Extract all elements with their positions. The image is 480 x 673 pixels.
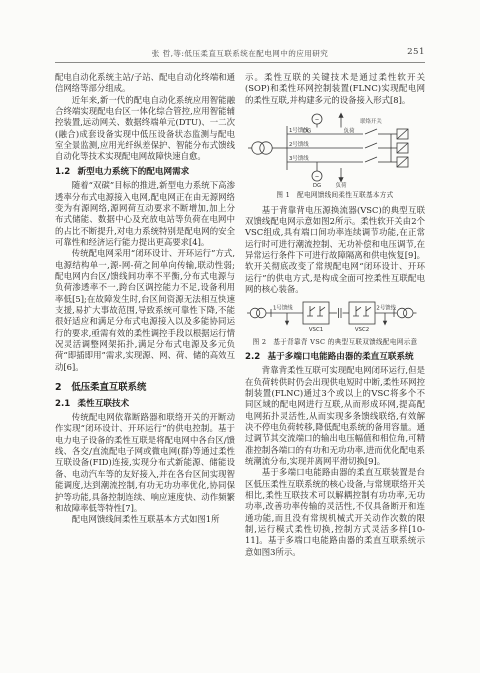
running-title: 张 哲,等:低压柔直互联系统在配电网中的应用研究 [55,48,425,59]
heading-title: 新型电力系统下的配电网需求 [78,167,190,177]
transformer-icon [247,308,266,318]
feeder2-label: 2号馈线 [376,304,396,312]
left-column: 配电自动化系统主站/子站、配电自动化终端和通信网络等部分组成。 近年来,新一代的… [55,72,235,558]
figure-1: ~ ~ [245,110,425,199]
igbt-icon [353,306,361,316]
heading-number: 1.2 [55,167,70,177]
heading-title: 柔性互联技术 [78,399,130,409]
figure-2: 1号馈线 2号馈线 VSC1 VSC2 图 2 基于背靠背 VSC 的典型互联双… [245,299,425,346]
dg-label: DG [313,183,321,188]
tie-switch-icon [365,129,377,134]
load-arrow-icon [285,313,289,326]
igbt-icon [317,306,325,316]
page: 张 哲,等:低压柔直互联系统在配电网中的应用研究 251 配电自动化系统主站/子… [0,0,480,673]
figure-1-caption: 图 1 配电网馈线间柔性互联基本方式 [245,191,425,200]
paragraph: 基于多端口电能路由器的柔直互联装置是台区低压柔性互联系统的核心设备,与常规联络开… [245,467,425,558]
dg-icon: ~ [312,162,322,181]
igbt-icon [307,306,315,316]
heading-number: 2 [55,382,62,393]
heading-number: 2.2 [245,352,260,362]
paragraph: 基于背靠背电压源换流器(VSC)的典型互联双馈线配电网示意如图2所示。柔性软开关… [245,205,425,296]
vsc1-label: VSC1 [309,327,323,333]
tie-switch-label: 联络开关 [360,117,382,125]
load-arrow-icon [383,313,387,326]
load-label: 负荷 [336,181,347,188]
igbt-icon [363,306,371,316]
feeder3-label: 3号馈线 [289,154,309,162]
dg-wave-symbol: ~ [315,174,320,180]
page-number: 251 [407,47,425,57]
transformer-icon [397,308,416,318]
heading-number: 2.1 [55,399,70,409]
paragraph: 近年来,新一代的配电自动化系统应用智能融合终端实现配电台区一体化综合管控,应用智… [55,95,235,163]
paragraph: 配电网馈线间柔性互联基本方式如图1所 [55,514,235,525]
load-arrow-icon [338,168,343,183]
page-header: 张 哲,等:低压柔直互联系统在配电网中的应用研究 251 [55,48,425,59]
paragraph: 随着“双碳”目标的推进,新型电力系统下高渗透率分布式电源接入电网,配电网正在由无… [55,180,235,248]
load-box-icon [391,143,408,153]
paragraph: 传统配电网采用“闭环设计、开环运行”方式,电源结构单一,源-网-荷之间单向传输,… [55,248,235,373]
load-label: 负荷 [344,127,355,135]
vsc2-box [349,302,375,324]
header-rule [55,62,425,63]
heading-2: 2低压柔直互联系统 [55,382,235,394]
vsc2-label: VSC2 [355,327,369,333]
heading-title: 低压柔直互联系统 [71,382,146,393]
figure-1-diagram: ~ ~ [245,110,425,188]
paragraph: 示。柔性互联的关键技术是通过柔性软开关(SOP)和柔性环网控制装置(FLNC)实… [245,72,425,106]
paragraph: 配电自动化系统主站/子站、配电自动化终端和通信网络等部分组成。 [55,72,235,95]
dg-wave-symbol: ~ [315,117,320,123]
dg-icon: ~ [312,114,322,128]
heading-2-2: 2.2基于多端口电能路由器的柔直互联系统 [245,352,425,363]
figure-2-diagram: 1号馈线 2号馈线 VSC1 VSC2 [245,299,425,335]
load-box-icon [391,129,408,139]
feeder1-label: 1号馈线 [273,304,293,312]
heading-1-2: 1.2新型电力系统下的配电网需求 [55,167,235,178]
dc-link-capacitor-icon [329,308,349,318]
vsc1-box [303,302,329,324]
dg-label: DG [303,129,311,135]
paragraph: 传统配电网依靠断路器和联络开关的开断动作实现“闭环设计、开环运行”的供电控制。基… [55,412,235,514]
load-arrow-icon [338,113,343,128]
heading-title: 基于多端口电能路由器的柔直互联系统 [268,352,414,362]
tie-switch-icon [365,143,377,148]
load-box-icon [391,157,408,167]
figure-2-caption: 图 2 基于背靠背 VSC 的典型互联双馈线配电网示意 [245,338,425,347]
right-column: 示。柔性互联的关键技术是通过柔性软开关(SOP)和柔性环网控制装置(FLNC)实… [245,72,425,558]
paragraph: 背靠背柔性互联可实现配电网闭环运行,但是在负荷转供时仍会出现供电短时中断,柔性环… [245,365,425,467]
content-columns: 配电自动化系统主站/子站、配电自动化终端和通信网络等部分组成。 近年来,新一代的… [55,72,425,558]
heading-2-1: 2.1柔性互联技术 [55,399,235,410]
tie-switch-icon [365,157,377,162]
transformer-icon [248,142,287,154]
feeder2-label: 2号馈线 [289,140,309,148]
